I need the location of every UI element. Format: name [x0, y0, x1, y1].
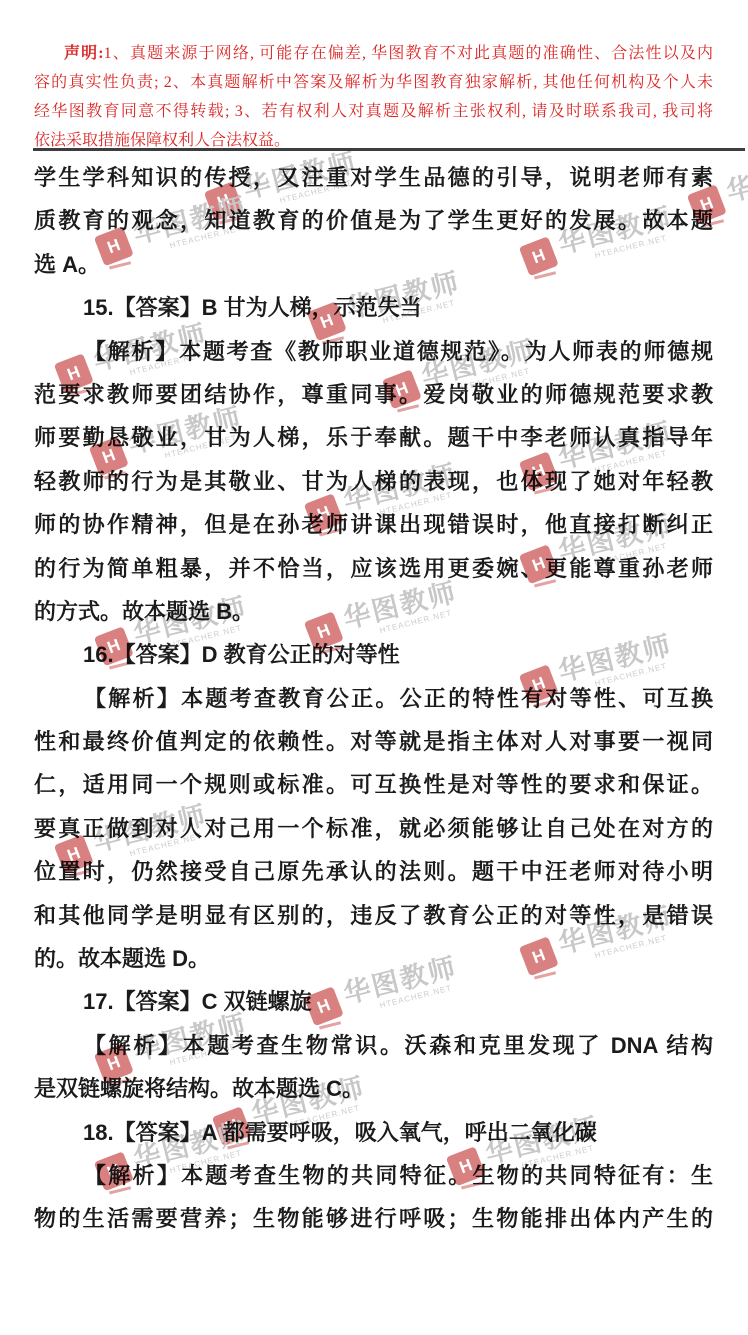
disclaimer-line: 经华图教育同意不得转载; 3、若有权利人对真题及解析主张权利, 请及时联系我司,…: [34, 97, 713, 126]
text-line: 物的生活需要营养；生物能够进行呼吸；生物能排出体内产生的: [34, 1197, 713, 1240]
text-line: 选 A。: [34, 243, 713, 286]
text-line: 位置时，仍然接受自己原先承认的法则。题干中汪老师对待小明: [34, 850, 713, 893]
text-line: 16.【答案】D 教育公正的对等性: [34, 633, 713, 676]
text-line: 师的协作精神，但是在孙老师讲课出现错误时，他直接打断纠正: [34, 503, 713, 546]
text-line: 【解析】本题考查《教师职业道德规范》。为人师表的师德规: [34, 330, 713, 373]
disclaimer-line: 容的真实性负责; 2、本真题解析中答案及解析为华图教育独家解析, 其他任何机构及…: [34, 68, 713, 97]
answer-explanations: 学生学科知识的传授，又注重对学生品德的引导，说明老师有素质教育的观念，知道教育的…: [34, 156, 713, 1241]
text-line: 是双链螺旋将结构。故本题选 C。: [34, 1067, 713, 1110]
text-line: 和其他同学是明显有区别的，违反了教育公正的对等性，是错误: [34, 894, 713, 937]
text-line: 学生学科知识的传授，又注重对学生品德的引导，说明老师有素: [34, 156, 713, 199]
document-page: 声明:1、真题来源于网络, 可能存在偏差, 华图教育不对此真题的准确性、合法性以…: [0, 0, 748, 1335]
text-line: 的。故本题选 D。: [34, 937, 713, 980]
text-line: 的行为简单粗暴，并不恰当，应该选用更委婉、更能尊重孙老师: [34, 547, 713, 590]
disclaimer-line: 声明:1、真题来源于网络, 可能存在偏差, 华图教育不对此真题的准确性、合法性以…: [34, 39, 713, 68]
disclaimer-notice: 声明:1、真题来源于网络, 可能存在偏差, 华图教育不对此真题的准确性、合法性以…: [34, 39, 713, 155]
text-line: 性和最终价值判定的依赖性。对等就是指主体对人对事要一视同: [34, 720, 713, 763]
text-line: 【解析】本题考查生物常识。沃森和克里发现了 DNA 结构: [34, 1024, 713, 1067]
watermark-brand-text: 华图教师: [722, 143, 748, 209]
text-line: 【解析】本题考查生物的共同特征。生物的共同特征有：生: [34, 1154, 713, 1197]
text-line: 质教育的观念，知道教育的价值是为了学生更好的发展。故本题: [34, 199, 713, 242]
text-line: 的方式。故本题选 B。: [34, 590, 713, 633]
section-divider: [33, 148, 745, 151]
text-line: 要真正做到对人对己用一个标准，就必须能够让自己处在对方的: [34, 807, 713, 850]
disclaimer-label: 声明:: [64, 45, 104, 62]
text-line: 仁，适用同一个规则或标准。可互换性是对等性的要求和保证。: [34, 763, 713, 806]
text-line: 18.【答案】A 都需要呼吸，吸入氧气，呼出二氧化碳: [34, 1111, 713, 1154]
text-line: 【解析】本题考查教育公正。公正的特性有对等性、可互换: [34, 677, 713, 720]
text-line: 师要勤恳敬业，甘为人梯，乐于奉献。题干中李老师认真指导年: [34, 416, 713, 459]
text-line: 轻教师的行为是其敬业、甘为人梯的表现，也体现了她对年轻教: [34, 460, 713, 503]
text-line: 17.【答案】C 双链螺旋: [34, 980, 713, 1023]
text-line: 范要求教师要团结协作，尊重同事。爱岗敬业的师德规范要求教: [34, 373, 713, 416]
text-line: 15.【答案】B 甘为人梯，示范失当: [34, 286, 713, 329]
watermark-text: 华图教师HTEACHER.NET: [722, 143, 748, 216]
